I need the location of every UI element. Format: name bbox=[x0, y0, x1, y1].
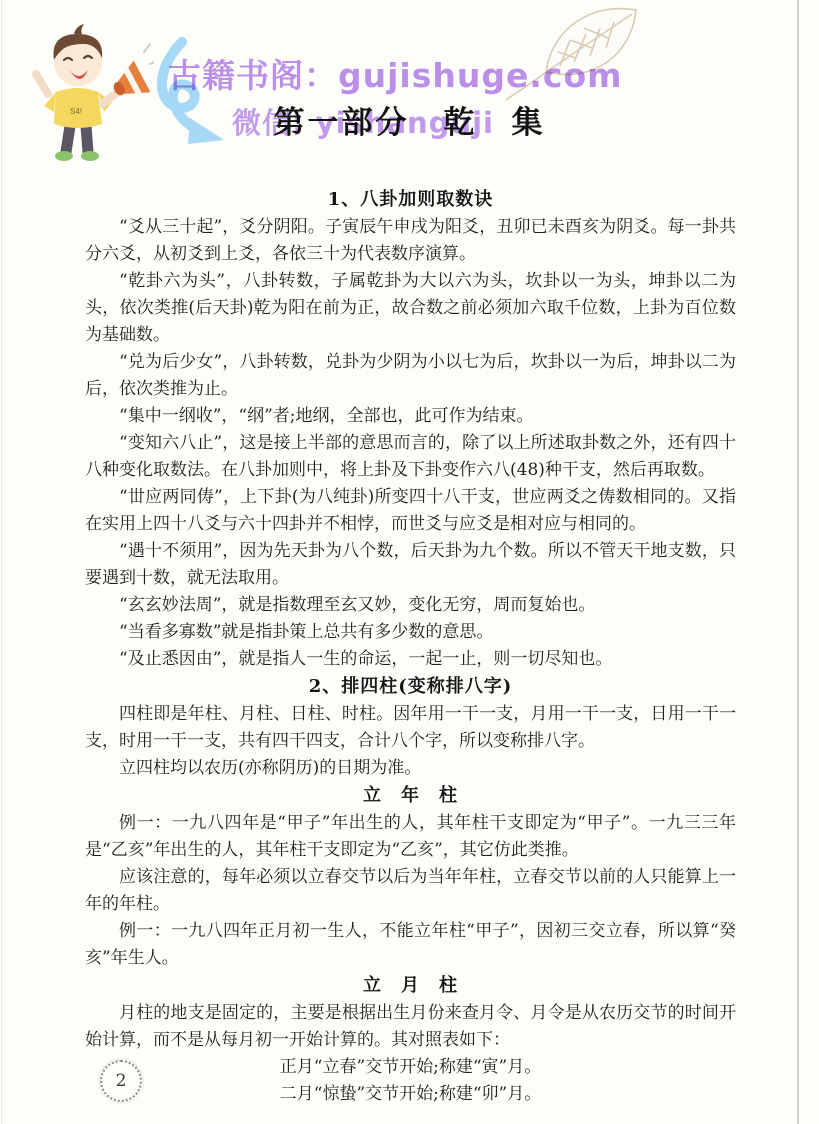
mascot-kid-megaphone-icon: S4! bbox=[26, 22, 154, 164]
section-heading-month-pillar: 立 月 柱 bbox=[85, 972, 736, 1000]
paragraph: 例一：一九八四年是“甲子”年出生的人，其年柱干支即定为“甲子”。一九三三年是“乙… bbox=[85, 810, 736, 864]
watermark-site: 古籍书阁：gujishuge.com bbox=[168, 50, 623, 97]
paragraph: 月柱的地支是固定的，主要是根据出生月份来查月令、月令是从农历交节的时间开始计算，… bbox=[85, 1000, 736, 1054]
paragraph: “兑为后少女”，八卦转数，兑卦为少阴为小以七为后，坎卦以一为后，坤卦以二为后，依… bbox=[85, 349, 736, 403]
paragraph: “爻从三十起”，爻分阴阳。子寅辰午申戌为阳爻，丑卯已未酉亥为阴爻。每一卦共分六爻… bbox=[85, 214, 736, 268]
paragraph: “当看多寡数”就是指卦策上总共有多少数的意思。 bbox=[85, 619, 736, 646]
section-heading-year-pillar: 立 年 柱 bbox=[85, 782, 736, 810]
paragraph: “丗应两同俦”，上下卦(为八纯卦)所变四十八干支，世应两爻之俦数相同的。又指在实… bbox=[85, 484, 736, 538]
paragraph: 应该注意的，每年必须以立春交节以后为当年年柱，立春交节以前的人只能算上一年的年柱… bbox=[85, 864, 736, 918]
month-table-line: 二月“惊蛰”交节开始;称建“卯”月。 bbox=[85, 1081, 736, 1108]
paragraph: “遇十不须用”，因为先天卦为八个数，后天卦为九个数。所以不管天干地支数，只要遇到… bbox=[85, 538, 736, 592]
paragraph: “玄玄妙法周”，就是指数理至玄又妙，变化无穷，周而复始也。 bbox=[85, 592, 736, 619]
scanned-book-page: S4! bbox=[0, 0, 819, 1124]
month-table-line: 正月“立春”交节开始;称建“寅”月。 bbox=[85, 1054, 736, 1081]
paragraph: “乾卦六为头”，八卦转数，子属乾卦为大以六为头，坎卦以一为头，坤卦以二为头，依次… bbox=[85, 268, 736, 349]
page-body: 1、八卦加则取数诀 “爻从三十起”，爻分阴阳。子寅辰午申戌为阳爻，丑卯已未酉亥为… bbox=[85, 186, 736, 1108]
page-number-badge: 2 bbox=[100, 1060, 142, 1102]
page-header: S4! bbox=[0, 0, 819, 185]
section-heading-1: 1、八卦加则取数诀 bbox=[85, 186, 736, 214]
paragraph: “集中一纲收”，“纲”者;地纲，全部也，此可作为结束。 bbox=[85, 403, 736, 430]
paragraph: 四柱即是年柱、月柱、日柱、时柱。因年用一干一支，月用一干一支，日用一干一支，时用… bbox=[85, 701, 736, 755]
paragraph: “变知六八止”，这是接上半部的意思而言的，除了以上所述取卦数之外，还有四十八种变… bbox=[85, 430, 736, 484]
watermark-wechat: 微信: yishanguji bbox=[232, 101, 494, 142]
paragraph: 立四柱均以农历(亦称阴历)的日期为准。 bbox=[85, 755, 736, 782]
section-heading-2: 2、排四柱(变称排八字) bbox=[85, 673, 736, 701]
paragraph: 例一：一九八四年正月初一生人，不能立年柱“甲子”，因初三交立春，所以算“癸亥”年… bbox=[85, 918, 736, 972]
paragraph: “及止悉因由”，就是指人一生的命运，一起一止，则一切尽知也。 bbox=[85, 646, 736, 673]
